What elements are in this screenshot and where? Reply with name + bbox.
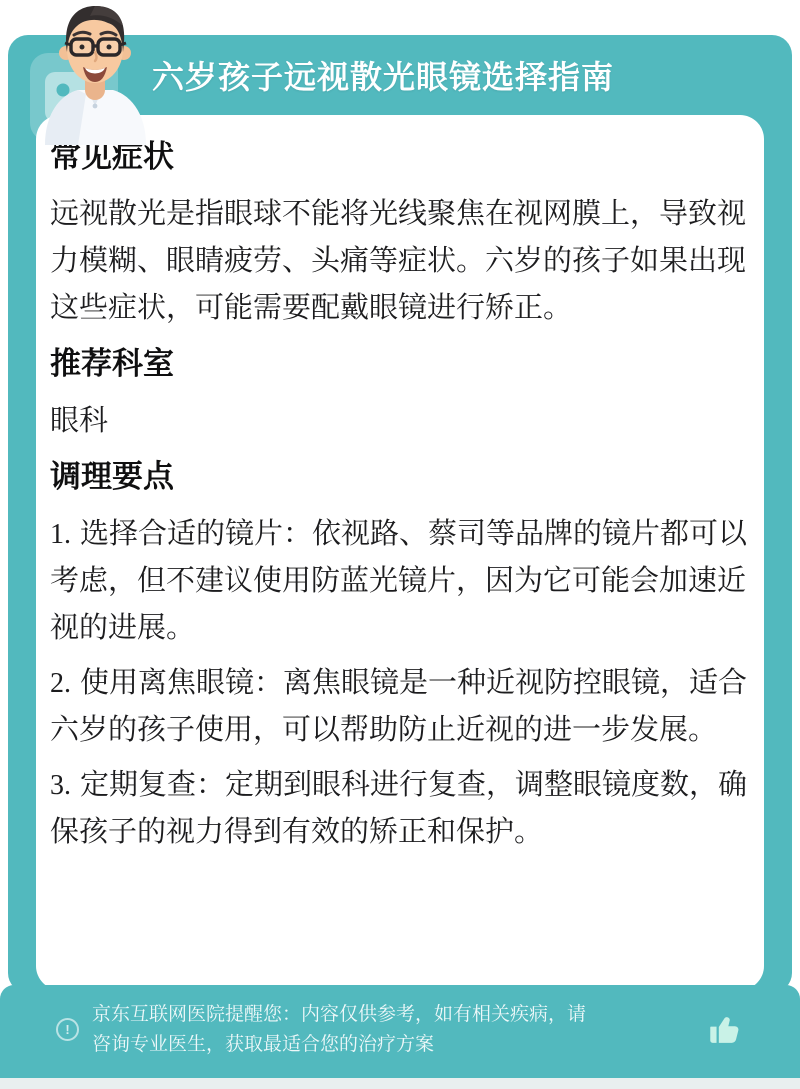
list-text: 使用离焦眼镜：离焦眼镜是一种近视防控眼镜，适合六岁的孩子使用，可以帮助防止近视的… (50, 667, 747, 746)
list-number: 2. (50, 668, 71, 699)
list-item: 1.选择合适的镜片：依视路、蔡司等品牌的镜片都可以考虑，但不建议使用防蓝光镜片，… (50, 511, 750, 652)
content-card: 常见症状 远视散光是指眼球不能将光线聚焦在视网膜上，导致视力模糊、眼睛疲劳、头痛… (36, 115, 764, 990)
doctor-avatar (38, 2, 153, 145)
paragraph-department: 眼科 (50, 398, 750, 445)
list-text: 选择合适的镜片：依视路、蔡司等品牌的镜片都可以考虑，但不建议使用防蓝光镜片，因为… (50, 518, 747, 644)
section-heading-department: 推荐科室 (50, 342, 750, 386)
section-heading-care-points: 调理要点 (50, 455, 750, 499)
list-item: 3.定期复查：定期到眼科进行复查，调整眼镜度数，确保孩子的视力得到有效的矫正和保… (50, 762, 750, 856)
page-title: 六岁孩子远视散光眼镜选择指南 (152, 52, 614, 98)
section-heading-symptoms: 常见症状 (50, 135, 750, 179)
alert-circle-icon: ! (56, 1018, 79, 1041)
page: 六岁孩子远视散光眼镜选择指南 常见症状 远视散光是指眼球不能将光线聚焦在视网膜上… (0, 0, 800, 1089)
list-item: 2.使用离焦眼镜：离焦眼镜是一种近视防控眼镜，适合六岁的孩子使用，可以帮助防止近… (50, 660, 750, 754)
list-number: 3. (50, 770, 71, 801)
disclaimer-text: 京东互联网医院提醒您：内容仅供参考，如有相关疾病，请咨询专业医生，获取最适合您的… (92, 1000, 597, 1060)
paragraph-symptoms: 远视散光是指眼球不能将光线聚焦在视网膜上，导致视力模糊、眼睛疲劳、头痛等症状。六… (50, 191, 750, 332)
header: 六岁孩子远视散光眼镜选择指南 (152, 35, 762, 115)
thumbs-up-icon[interactable] (704, 1011, 742, 1049)
bottom-strip (0, 1078, 800, 1089)
list-text: 定期复查：定期到眼科进行复查，调整眼镜度数，确保孩子的视力得到有效的矫正和保护。 (50, 769, 747, 848)
footer: ! 京东互联网医院提醒您：内容仅供参考，如有相关疾病，请咨询专业医生，获取最适合… (0, 985, 800, 1078)
list-number: 1. (50, 519, 71, 550)
article-card: 六岁孩子远视散光眼镜选择指南 常见症状 远视散光是指眼球不能将光线聚焦在视网膜上… (8, 35, 792, 993)
